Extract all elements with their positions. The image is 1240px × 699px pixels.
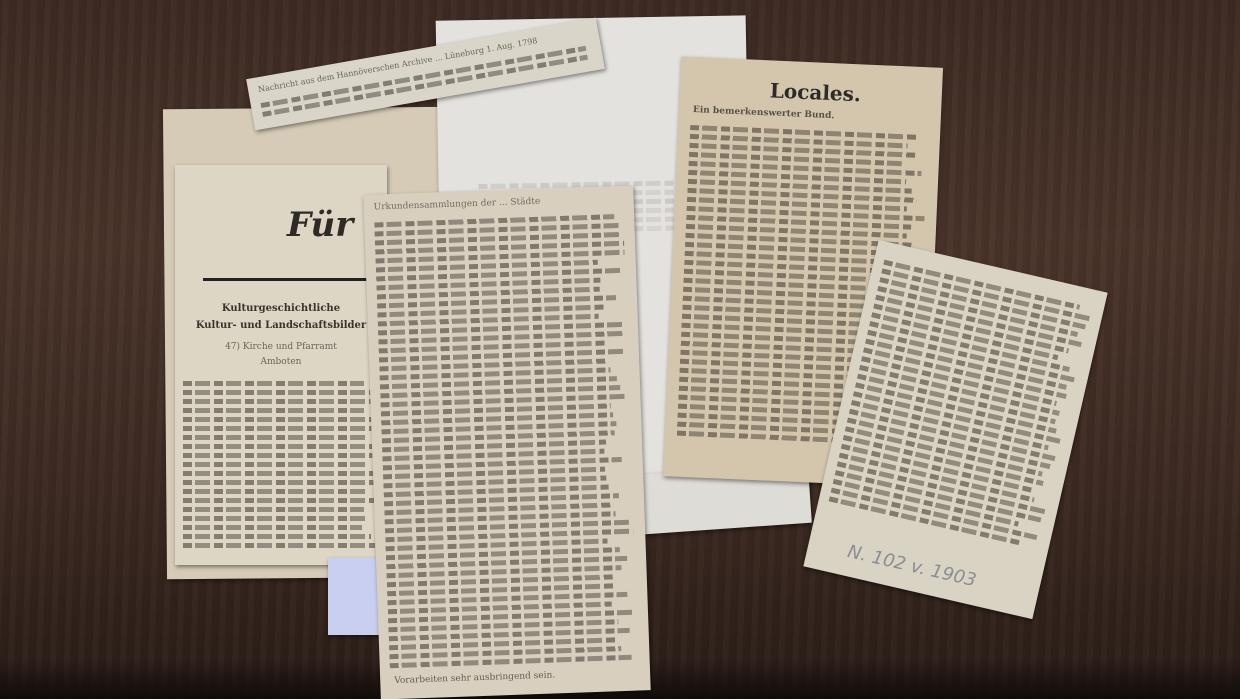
fur-headline: Für: [287, 205, 353, 245]
fur-subhead-3: 47) Kirche und Pfarramt: [175, 342, 387, 352]
center-body-text: [374, 210, 640, 672]
locales-headline: Locales.: [769, 78, 861, 106]
center-column-clipping: Urkundensammlungen der ... Städte Vorarb…: [363, 185, 650, 699]
fur-subhead-1: Kulturgeschichtliche: [175, 303, 387, 314]
right-body-text: [828, 256, 1095, 554]
locales-lead: Ein bemerkenswerter Bund.: [693, 105, 835, 121]
center-title: Urkundensammlungen der ... Städte: [374, 197, 541, 213]
fur-sheet: Für Kulturgeschichtliche Kultur- und Lan…: [175, 165, 387, 565]
fur-body-text: [183, 377, 381, 552]
fur-subhead-2: Kultur- und Landschaftsbilder: [175, 320, 387, 331]
center-closing: Vorarbeiten sehr ausbringend sein.: [394, 670, 555, 686]
fur-subhead-4: Amboten: [175, 357, 387, 367]
